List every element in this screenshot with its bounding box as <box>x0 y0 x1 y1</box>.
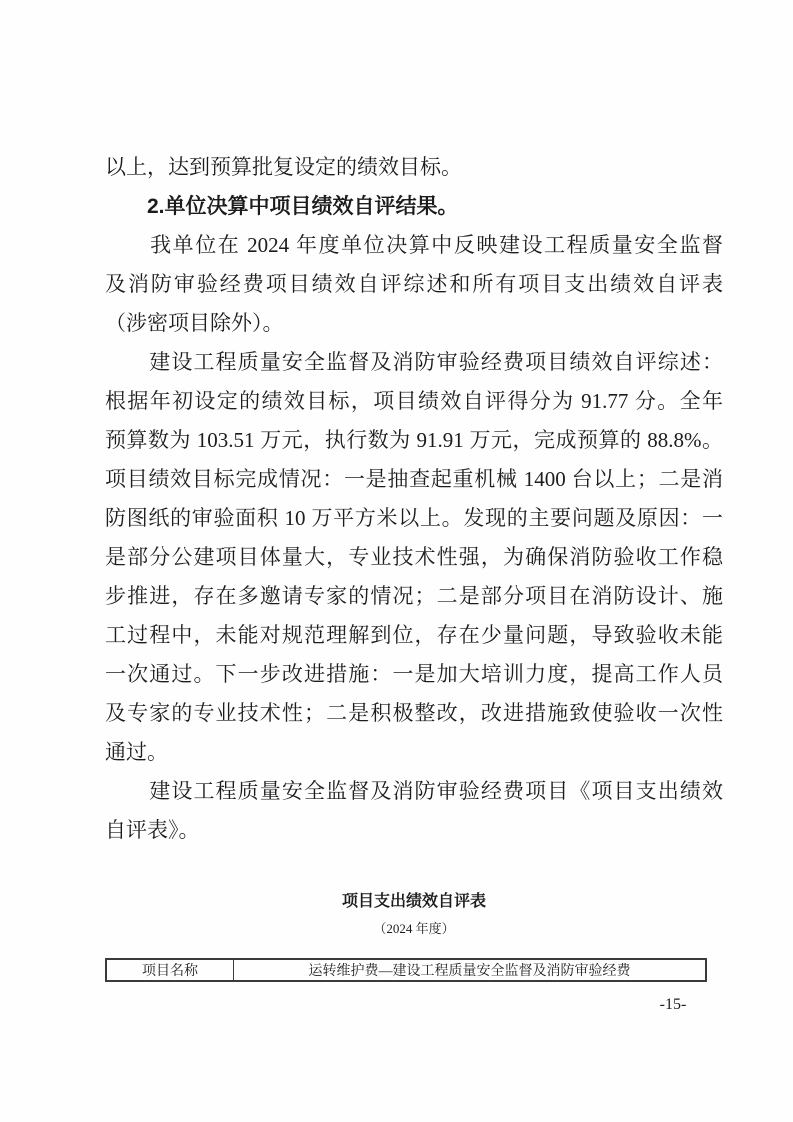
body-line: 预算数为 103.51 万元，执行数为 91.91 万元，完成预算的 88.8%… <box>105 421 723 460</box>
body-line: 步推进，存在多邀请专家的情况；二是部分项目在消防设计、施 <box>105 577 723 616</box>
table-subtitle: （2024 年度） <box>105 920 723 938</box>
body-line: 我单位在 2024 年度单位决算中反映建设工程质量安全监督 <box>105 226 723 265</box>
body-line: （涉密项目除外）。 <box>105 304 723 343</box>
body-line: 建设工程质量安全监督及消防审验经费项目绩效自评综述： <box>105 343 723 382</box>
body-line: 通过。 <box>105 733 723 772</box>
project-eval-table: 项目名称 运转维护费—建设工程质量安全监督及消防审验经费 <box>105 958 707 982</box>
table-title: 项目支出绩效自评表 <box>105 891 723 913</box>
body-line: 及消防审验经费项目绩效自评综述和所有项目支出绩效自评表 <box>105 265 723 304</box>
body-line: 工过程中，未能对规范理解到位，存在少量问题，导致验收未能 <box>105 616 723 655</box>
table-cell-project-name-label: 项目名称 <box>106 959 234 981</box>
body-line: 建设工程质量安全监督及消防审验经费项目《项目支出绩效 <box>105 772 723 811</box>
body-line: 及专家的专业技术性；二是积极整改，改进措施致使验收一次性 <box>105 694 723 733</box>
table-cell-project-name-value: 运转维护费—建设工程质量安全监督及消防审验经费 <box>234 959 707 981</box>
page-number: -15- <box>633 994 713 1016</box>
body-line: 2.单位决算中项目绩效自评结果。 <box>105 187 723 226</box>
body-line: 是部分公建项目体量大，专业技术性强，为确保消防验收工作稳 <box>105 538 723 577</box>
table-row: 项目名称 运转维护费—建设工程质量安全监督及消防审验经费 <box>106 959 706 981</box>
document-body: 以上，达到预算批复设定的绩效目标。 2.单位决算中项目绩效自评结果。 我单位在 … <box>105 148 723 850</box>
body-line: 以上，达到预算批复设定的绩效目标。 <box>105 148 723 187</box>
body-line: 自评表》。 <box>105 811 723 850</box>
body-line: 防图纸的审验面积 10 万平方米以上。发现的主要问题及原因：一 <box>105 499 723 538</box>
body-line: 根据年初设定的绩效目标，项目绩效自评得分为 91.77 分。全年 <box>105 382 723 421</box>
body-line: 项目绩效目标完成情况：一是抽查起重机械 1400 台以上；二是消 <box>105 460 723 499</box>
body-line: 一次通过。下一步改进措施：一是加大培训力度，提高工作人员 <box>105 655 723 694</box>
document-page: 以上，达到预算批复设定的绩效目标。 2.单位决算中项目绩效自评结果。 我单位在 … <box>0 0 793 1122</box>
